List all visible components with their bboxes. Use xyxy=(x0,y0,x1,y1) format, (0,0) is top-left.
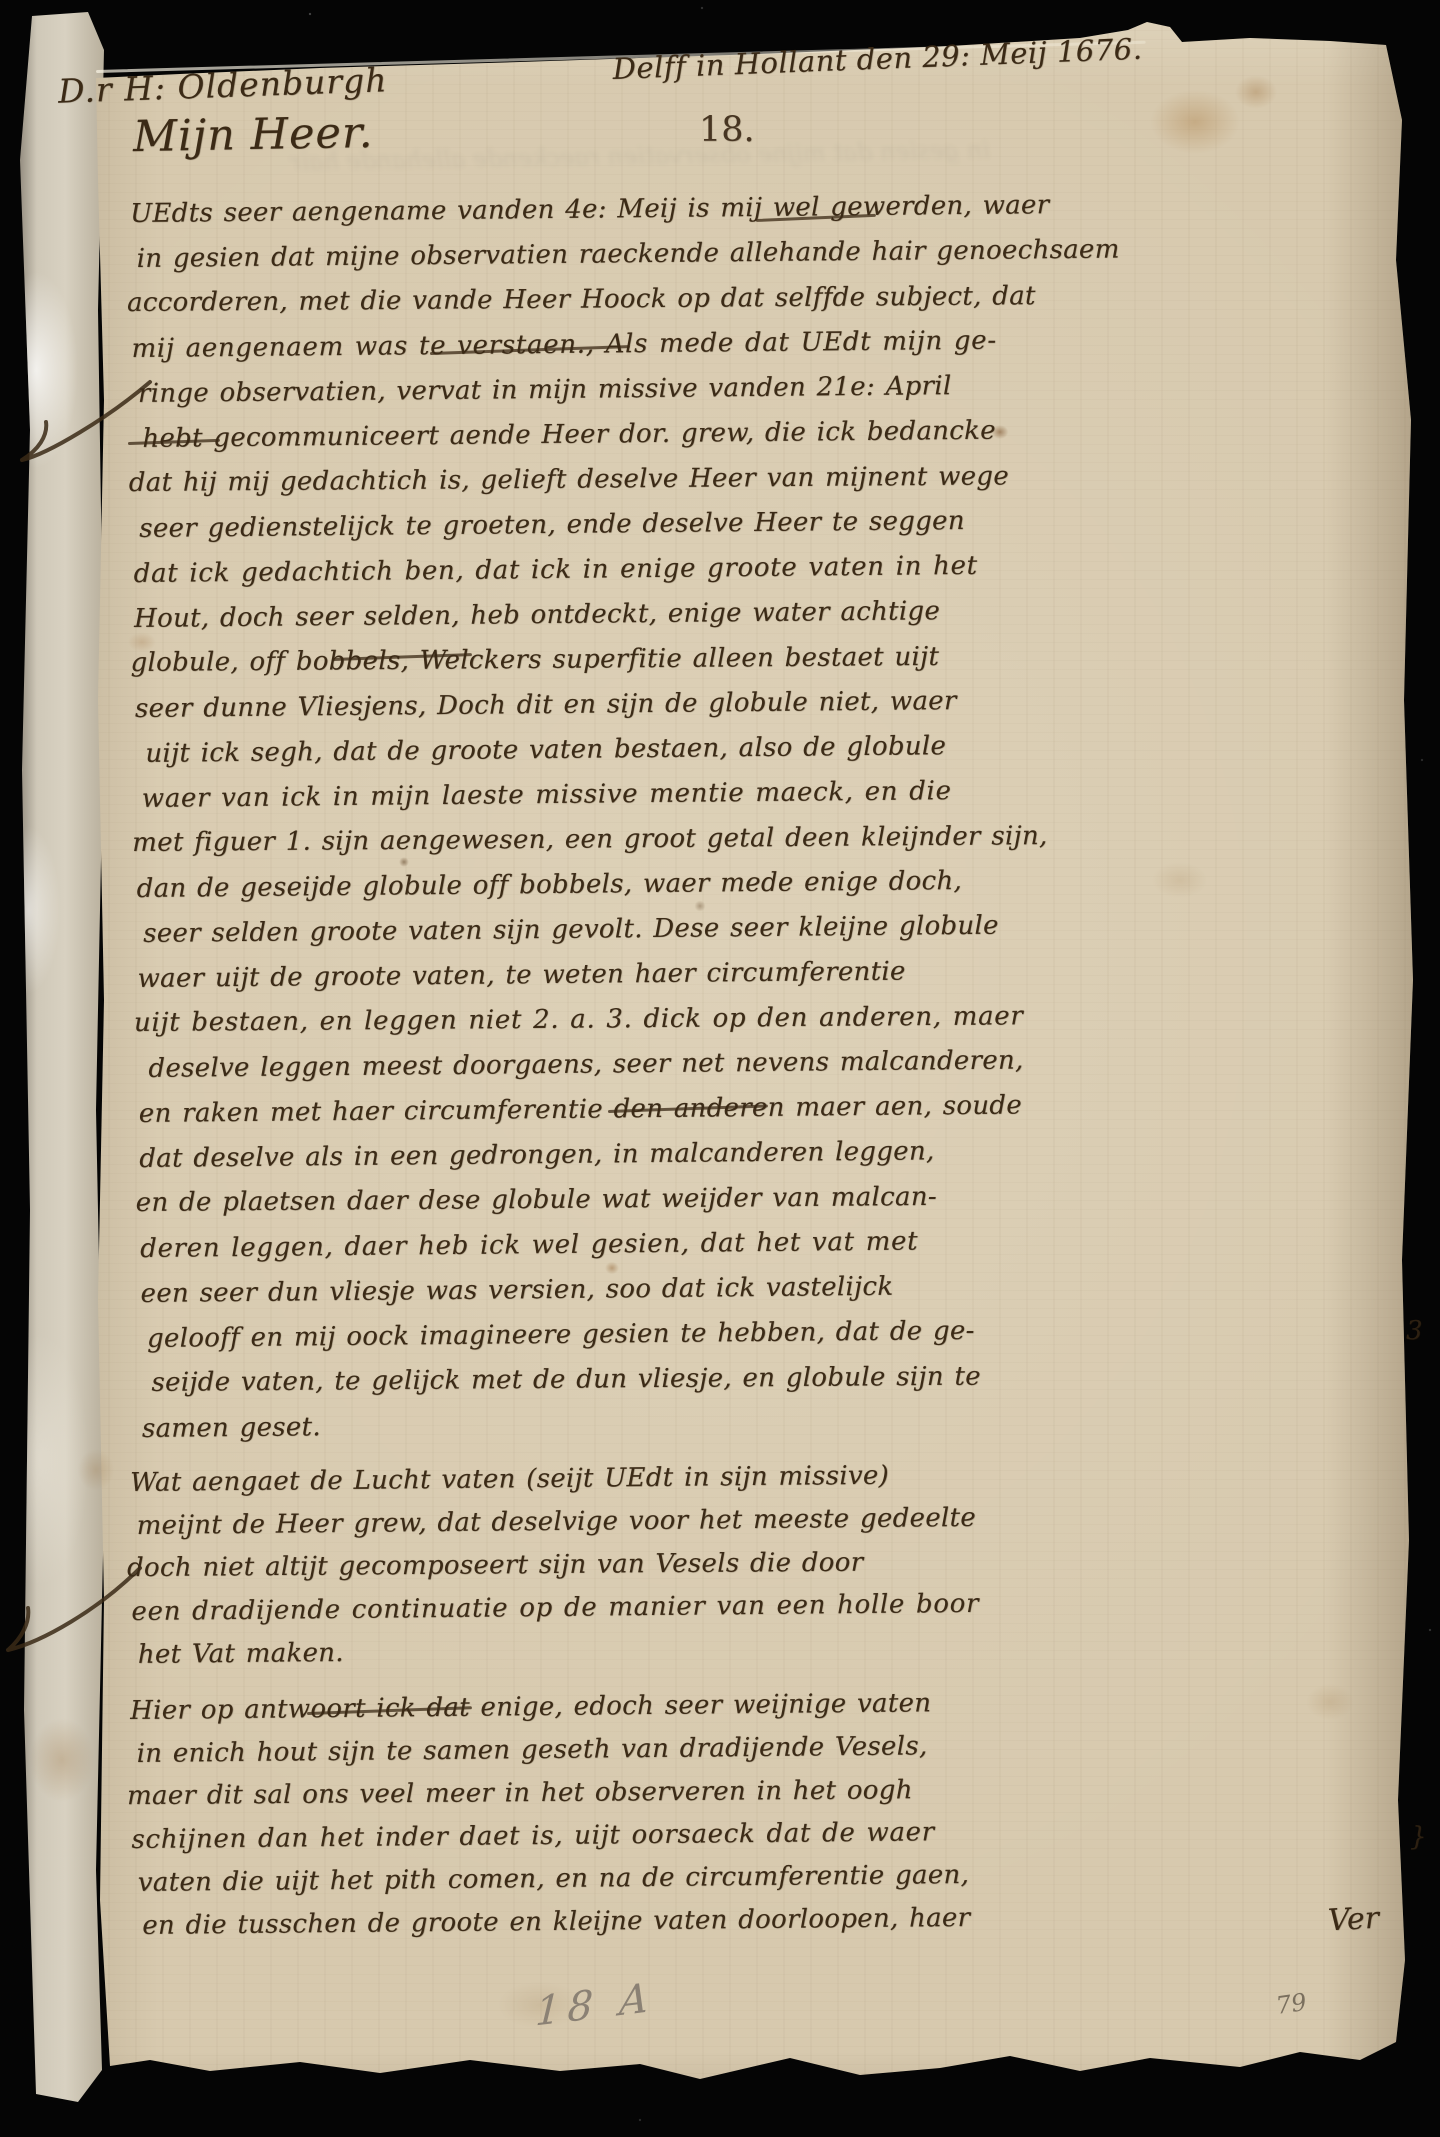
salutation: Mijn Heer. xyxy=(133,108,374,162)
manuscript-line: meijnt de Heer grew, dat deselvige voor … xyxy=(136,1497,978,1548)
catchword: Ver xyxy=(1327,1901,1380,1939)
manuscript-line: globule, off bobbels, Welckers superfiti… xyxy=(130,634,1123,686)
manuscript-photo: in gesien dat mijne observatien raeckend… xyxy=(0,0,1440,2137)
folio-number: 79 xyxy=(1274,1988,1308,2020)
manuscript-line: accorderen, met die vande Heer Hoock op … xyxy=(127,274,1120,326)
paragraph-1: UEdts seer aengename vanden 4e: Meij is … xyxy=(130,183,1131,1452)
manuscript-line: maer dit sal ons veel meer in het observ… xyxy=(127,1769,969,1818)
manuscript-line: het Vat maken. xyxy=(138,1626,980,1677)
manuscript-line: in enich hout sijn te samen geseth van d… xyxy=(136,1725,968,1776)
manuscript-line: dat hij mij gedachtich is, gelieft desel… xyxy=(129,454,1122,506)
manuscript-line: doch niet altijt gecomposeert sijn van V… xyxy=(127,1541,979,1590)
manuscript-line: met figuer 1. sijn aengewesen, een groot… xyxy=(132,814,1125,866)
manuscript-line: seer selden groote vaten sijn gevolt. De… xyxy=(143,902,1126,956)
manuscript-line: samen geset. xyxy=(142,1397,1131,1451)
manuscript-line: een dradijende continuatie op de manier … xyxy=(131,1583,979,1634)
manuscript-line: en die tusschen de groote en kleijne vat… xyxy=(142,1897,970,1948)
page-number: 18. xyxy=(699,110,755,150)
paragraph-3: Hier op antwoort ick dat enige, edoch se… xyxy=(130,1682,971,1948)
manuscript-line: seijde vaten, te gelijck met de dun vlie… xyxy=(151,1353,1130,1405)
margin-mark: 3 xyxy=(1406,1316,1423,1346)
margin-mark: } xyxy=(1410,1822,1427,1852)
manuscript-line: uijt bestaen, en leggen niet 2. a. 3. di… xyxy=(134,994,1127,1046)
manuscript-line: en de plaetsen daer dese globule wat wei… xyxy=(136,1174,1129,1226)
manuscript-line: dat ick gedachtich ben, dat ick in enige… xyxy=(133,542,1122,596)
paragraph-2: Wat aengaet de Lucht vaten (seijt UEdt i… xyxy=(130,1454,980,1677)
binding-edge xyxy=(18,10,104,2106)
